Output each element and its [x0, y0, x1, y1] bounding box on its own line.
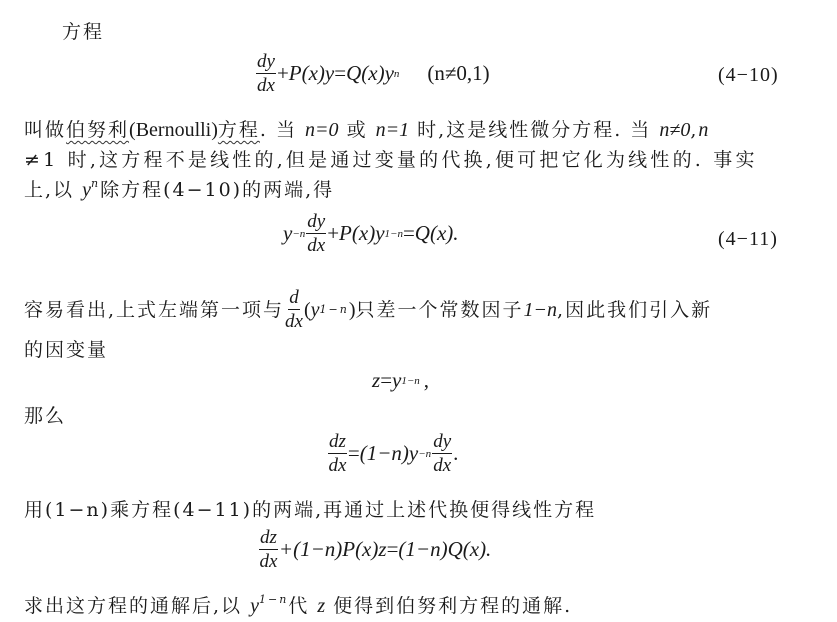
fraction-dy-dx: dy dx [256, 52, 276, 95]
fraction-dz-dx: dz dx [328, 432, 347, 475]
equation-substitution: z = y1−n , [372, 368, 429, 393]
document-page: 方程 dy dx + P (x) y = Q (x) yn (n≠0,1) (4… [0, 0, 837, 622]
paragraph-1-line-1: 叫做伯努利(Bernoulli)方程. 当 n=0 或 n=1 时,这是线性微分… [24, 118, 708, 142]
intro-word: 方程 [62, 20, 104, 44]
paragraph-2-line-2: 的因变量 [24, 338, 108, 362]
paragraph-1-line-3: 上,以 yn除方程(4−10)的两端,得 [24, 178, 334, 202]
equation-condition: (n≠0,1) [427, 61, 489, 86]
equation-4-11: y−n dy dx + P (x) y1−n = Q (x). [283, 212, 459, 255]
equation-number-4-10: (4−10) [718, 64, 779, 87]
equation-derivative: dz dx = (1−n) y−n dy dx . [327, 432, 458, 475]
equation-linear: dz dx +(1−n) P (x) z = (1−n) Q (x). [258, 528, 491, 571]
fraction-d-dx: d dx [285, 288, 303, 331]
equation-number-4-11: (4−11) [718, 228, 778, 251]
paragraph-4: 求出这方程的通解后,以 y1−n代 z 便得到伯努利方程的通解. [24, 594, 572, 618]
then-word: 那么 [24, 404, 66, 428]
paragraph-3: 用(1−n)乘方程(4−11)的两端,再通过上述代换便得线性方程 [24, 498, 596, 522]
term-equation: 方程 [218, 119, 260, 141]
fraction-dy-dx: dy dx [306, 212, 326, 255]
fraction-dz-dx: dz dx [259, 528, 278, 571]
fraction-dy-dx: dy dx [432, 432, 452, 475]
equation-4-10: dy dx + P (x) y = Q (x) yn (n≠0,1) [255, 52, 490, 95]
paragraph-1-line-2: ≠1 时,这方程不是线性的,但是通过变量的代换,便可把它化为线性的. 事实 [24, 148, 758, 172]
paragraph-2-line-1: 容易看出,上式左端第一项与 d dx (y1−n) 只差一个常数因子 1−n,因… [24, 288, 712, 331]
term-bernoulli: 伯努利 [66, 119, 129, 141]
